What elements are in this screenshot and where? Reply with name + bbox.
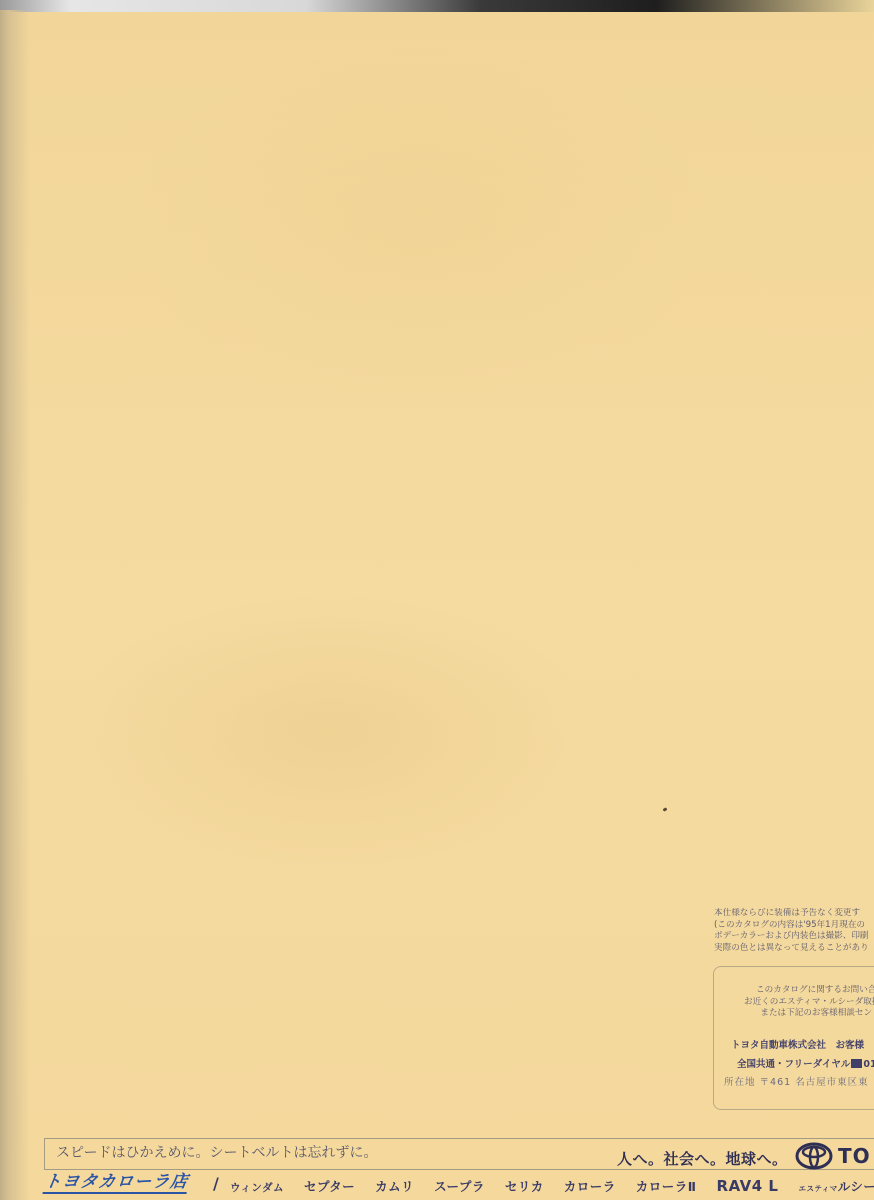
model-name: スープラ [434,1177,485,1195]
contact-company: トヨタ自動車株式会社 お客様 [731,1040,864,1052]
inquiry-line: このカタログに関するお問い合 [744,985,874,997]
notice-line: 本仕様ならびに装備は予告なく変更す [714,908,874,920]
model-name: RAV4 L [717,1177,779,1195]
notice-line: ボデーカラーおよび内装色は撮影、印刷 [714,931,874,943]
contact-address: 所在地 〒461 名古屋市東区東 [724,1077,869,1089]
model-name: エスティマ [798,1183,837,1194]
model-name: セリカ [505,1177,544,1195]
contact-box: このカタログに関するお問い合 お近くのエスティマ・ルシーダ取扱 または下記のお客… [713,966,874,1110]
spec-change-notice: 本仕様ならびに装備は予告なく変更す (このカタログの内容は'95年1月現在の ボ… [714,908,874,954]
toyota-wordmark: TO [838,1144,871,1168]
notice-line: 実際の色とは異なって見えることがあり [714,943,874,955]
freedial-icon [851,1059,862,1068]
model-list: ウィンダム セプター カムリ スープラ セリカ カローラ カローラⅡ RAV4 … [230,1177,874,1195]
model-name: ルシーダ [838,1177,874,1195]
scanner-left-edge [0,10,30,1200]
model-name: カローラⅡ [636,1177,697,1195]
model-name: カムリ [375,1177,414,1195]
model-name: ウィンダム [230,1180,284,1195]
notice-line: (このカタログの内容は'95年1月現在の [714,920,874,932]
corporate-slogan: 人へ。社会へ。地球へ。 [617,1148,788,1169]
contact-inquiry: このカタログに関するお問い合 お近くのエスティマ・ルシーダ取扱 または下記のお客… [744,985,874,1020]
freedial-label: 全国共通・フリーダイヤル [737,1059,850,1070]
dealer-separator: / [213,1174,219,1193]
model-name: セプター [304,1177,355,1195]
safety-message: スピードはひかえめに。シートベルトは忘れずに。 [56,1140,377,1166]
dealer-name: トヨタカローラ店 [42,1172,189,1194]
toyota-emblem-icon [795,1142,833,1170]
inquiry-line: お近くのエスティマ・ルシーダ取扱 [744,997,874,1009]
inquiry-line: または下記のお客様相談セン [744,1008,874,1020]
freedial-number: 01 [863,1059,874,1070]
model-name: カローラ [564,1177,616,1195]
contact-freedial: 全国共通・フリーダイヤル01 [737,1059,874,1071]
